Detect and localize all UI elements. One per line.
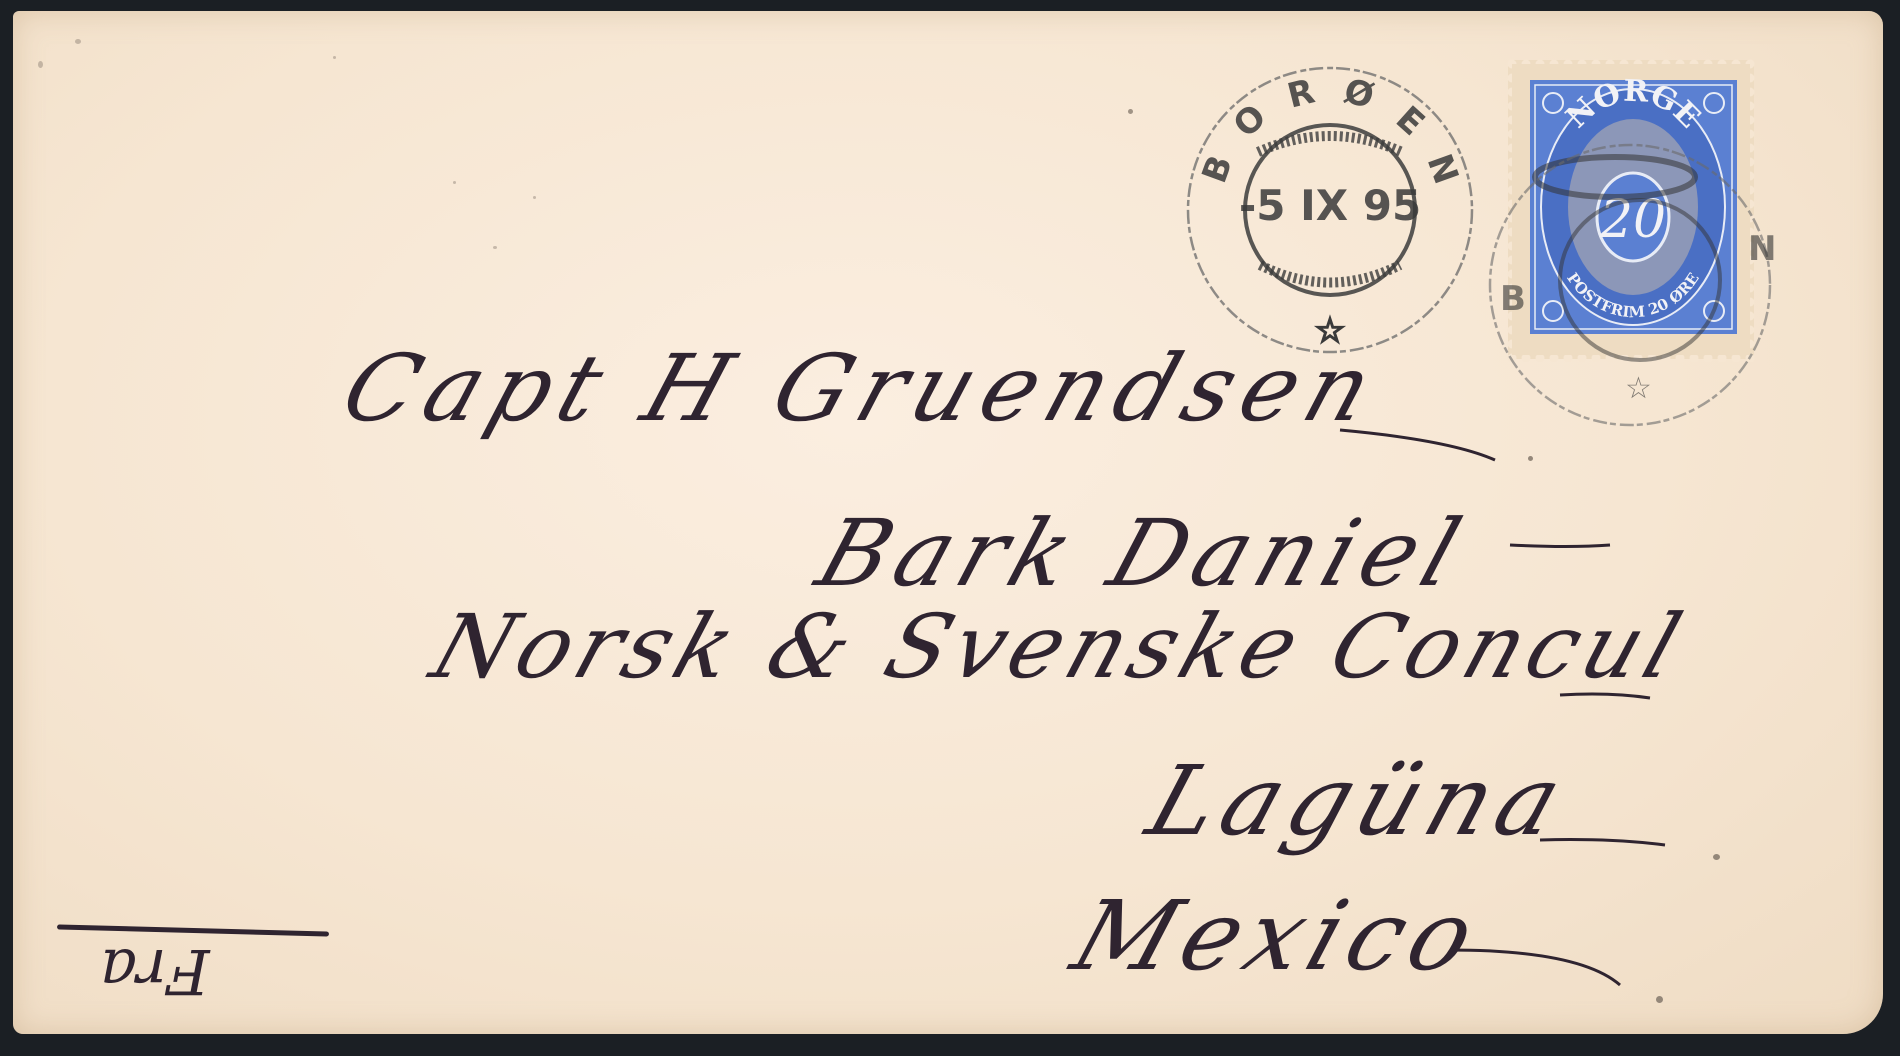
sender-note: Fra <box>100 935 210 1008</box>
underline-flourish <box>0 0 1900 1056</box>
